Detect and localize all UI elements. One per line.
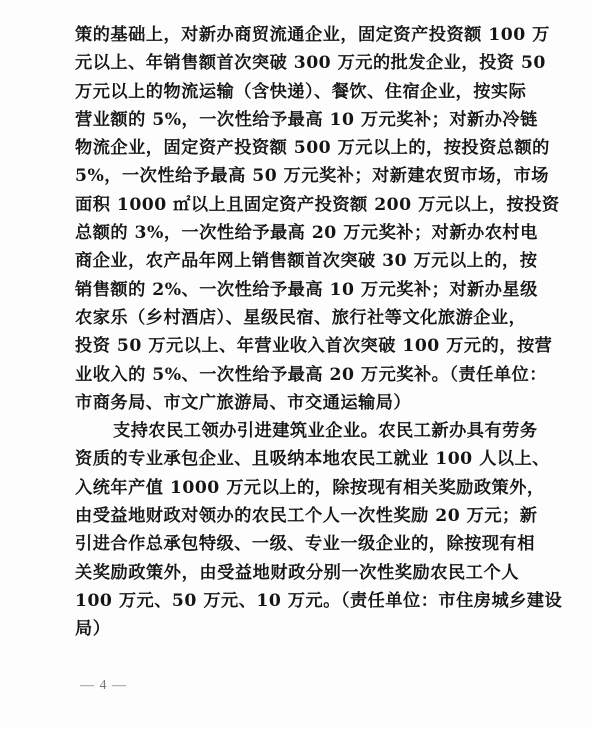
- document-page: 策的基础上，对新办商贸流通企业，固定资产投资额 100 万 元以上、年销售额首次…: [0, 0, 593, 729]
- text-line: 农家乐（乡村酒店）、星级民宿、旅行社等文化旅游企业，: [75, 304, 519, 332]
- text-line: 营业额的 5%，一次性给予最高 10 万元奖补；对新办冷链: [75, 106, 519, 134]
- paragraph-2-first-line: 支持农民工领办引进建筑业企业。农民工新办具有劳务: [75, 417, 519, 445]
- text-line: 投资 50 万元以上、年营业收入首次突破 100 万元的，按营: [75, 332, 519, 360]
- text-line: 策的基础上，对新办商贸流通企业，固定资产投资额 100 万: [75, 21, 519, 49]
- text-line: 万元以上的物流运输（含快递）、餐饮、住宿企业，按实际: [75, 78, 519, 106]
- text-line-with-responsibility: 100 万元、50 万元、10 万元。（责任单位：市住房城乡建设: [75, 587, 519, 615]
- text-line: 入统年产值 1000 万元以上的，除按现有相关奖励政策外，: [75, 474, 519, 502]
- text-line: 5%，一次性给予最高 50 万元奖补；对新建农贸市场，市场: [75, 162, 519, 190]
- responsibility-units: 市住房城乡建设: [438, 591, 562, 611]
- text-line: 面积 1000 ㎡以上且固定资产投资额 200 万元以上，按投资: [75, 191, 519, 219]
- text-line: 资质的专业承包企业、且吸纳本地农民工就业 100 人以上、: [75, 445, 519, 473]
- text-line: 销售额的 2%、一次性给予最高 10 万元奖补；对新办星级: [75, 276, 519, 304]
- text-line-with-responsibility: 业收入的 5%、一次性给予最高 20 万元奖补。（责任单位：: [75, 361, 519, 389]
- text-line: 局）: [75, 615, 519, 643]
- text-line: 由受益地财政对领办的农民工个人一次性奖励 20 万元；新: [75, 502, 519, 530]
- text-line: 物流企业，固定资产投资额 500 万元以上的，按投资总额的: [75, 134, 519, 162]
- text-line: 引进合作总承包特级、一级、专业一级企业的，除按现有相: [75, 530, 519, 558]
- responsibility-label: （责任单位：: [341, 591, 439, 611]
- text-line: 商企业，农产品年网上销售额首次突破 30 万元以上的，按: [75, 247, 519, 275]
- text-span: 100 万元、50 万元、10 万元。: [75, 591, 341, 611]
- body-text: 策的基础上，对新办商贸流通企业，固定资产投资额 100 万 元以上、年销售额首次…: [75, 21, 519, 644]
- text-span: 业收入的 5%、一次性给予最高 20 万元奖补。: [75, 365, 449, 385]
- text-line: 关奖励政策外，由受益地财政分别一次性奖励农民工个人: [75, 559, 519, 587]
- text-line: 总额的 3%，一次性给予最高 20 万元奖补；对新办农村电: [75, 219, 519, 247]
- responsibility-units-line: 市商务局、市文广旅游局、市交通运输局）: [75, 389, 519, 417]
- text-line: 元以上、年销售额首次突破 300 万元的批发企业，投资 50: [75, 49, 519, 77]
- responsibility-label: （责任单位：: [449, 365, 547, 385]
- page-number: — 4 —: [80, 678, 127, 694]
